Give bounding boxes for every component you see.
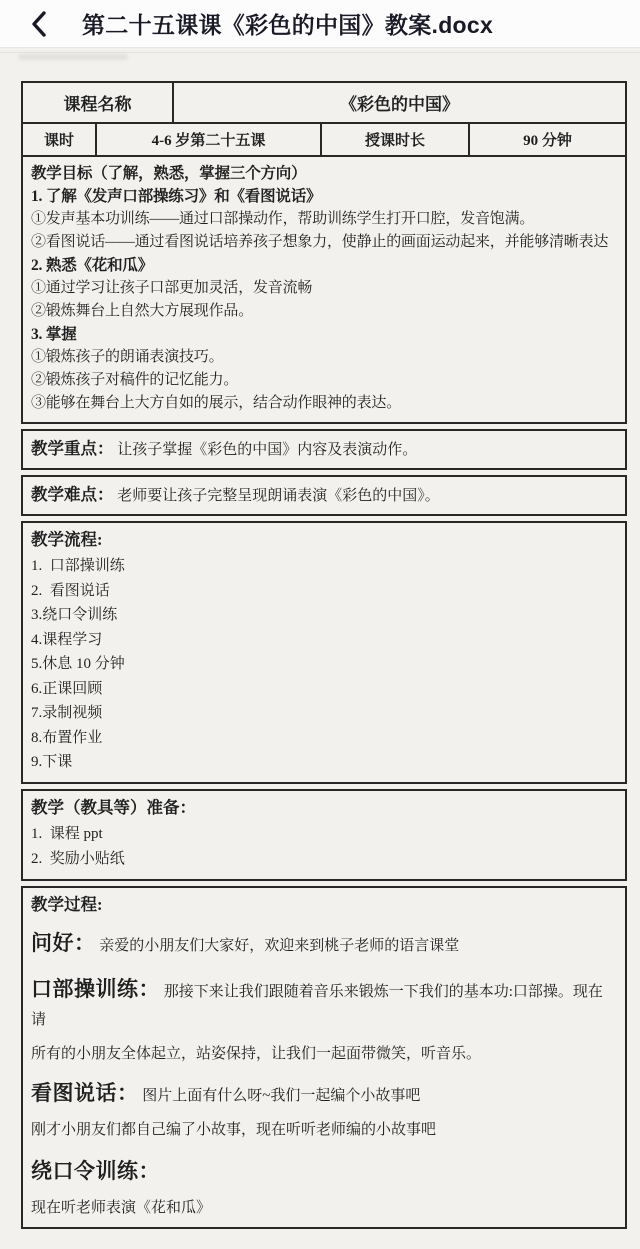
teaching-process-section: 教学过程: 问好： 亲爱的小朋友们大家好，欢迎来到桃子老师的语言课堂 口部操训练…: [21, 886, 627, 1229]
difficulties-section: 教学难点： 老师要让孩子完整呈现朗诵表演《彩色的中国》。: [21, 475, 627, 516]
course-name-row: 课程名称 《彩色的中国》: [21, 81, 627, 124]
picture-talk-label: 看图说话：: [31, 1081, 139, 1105]
flow-item: 9.下课: [31, 750, 617, 775]
flow-item: 5.休息 10 分钟: [31, 652, 617, 677]
duration-label: 授课时长: [322, 124, 470, 155]
session-label: 课时: [23, 124, 97, 155]
flow-item: 4.课程学习: [31, 628, 617, 653]
teaching-flow-title: 教学流程:: [31, 528, 617, 551]
difficulties-text: 老师要让孩子完整呈现朗诵表演《彩色的中国》。: [117, 488, 440, 504]
scan-artifact: [18, 54, 128, 60]
greeting-label: 问好：: [31, 931, 96, 955]
preparation-list: 1. 课程 ppt 2. 奖励小贴纸: [31, 822, 617, 872]
objective-line: 1. 了解《发声口部操练习》和《看图说话》: [31, 185, 617, 208]
key-points-label: 教学重点：: [31, 439, 114, 458]
flow-item: 6.正课回顾: [31, 677, 617, 702]
teaching-process-title: 教学过程:: [31, 893, 617, 916]
preparation-section: 教学（教具等）准备： 1. 课程 ppt 2. 奖励小贴纸: [21, 789, 627, 881]
greeting-block: 问好： 亲爱的小朋友们大家好，欢迎来到桃子老师的语言课堂: [31, 929, 617, 960]
flow-item: 7.录制视频: [31, 701, 617, 726]
flow-item: 3.绕口令训练: [31, 603, 617, 628]
teaching-flow-list: 1. 口部操训练 2. 看图说话 3.绕口令训练 4.课程学习 5.休息 10 …: [31, 554, 617, 775]
greeting-text: 亲爱的小朋友们大家好，欢迎来到桃子老师的语言课堂: [99, 938, 459, 954]
duration-value: 90 分钟: [470, 124, 625, 155]
preparation-title: 教学（教具等）准备：: [31, 796, 617, 819]
key-points-section: 教学重点： 让孩子掌握《彩色的中国》内容及表演动作。: [21, 429, 627, 470]
tongue-twister-text: 现在听老师表演《花和瓜》: [31, 1197, 617, 1220]
flow-item: 2. 看图说话: [31, 579, 617, 604]
preparation-item: 1. 课程 ppt: [31, 822, 617, 847]
document-title: 第二十五课课《彩色的中国》教案.docx: [82, 7, 493, 40]
tongue-twister-block: 绕口令训练： 现在听老师表演《花和瓜》: [31, 1157, 617, 1220]
app-header: 第二十五课课《彩色的中国》教案.docx: [0, 0, 640, 48]
objective-line: ①发声基本功训练——通过口部操动作，帮助训练学生打开口腔，发音饱满。: [31, 208, 617, 231]
mouth-drill-block: 口部操训练： 那接下来让我们跟随着音乐来锻炼一下我们的基本功:口部操。现在请 所…: [31, 975, 617, 1066]
preparation-item: 2. 奖励小贴纸: [31, 847, 617, 872]
picture-talk-text2: 刚才小朋友们都自己编了小故事，现在听听老师编的小故事吧: [31, 1119, 617, 1142]
objective-line: ③能够在舞台上大方自如的展示，结合动作眼神的表达。: [31, 392, 617, 415]
tongue-twister-label: 绕口令训练：: [31, 1159, 160, 1183]
objectives-title: 教学目标（了解，熟悉，掌握三个方向）: [31, 162, 617, 185]
document-viewer-app: 第二十五课课《彩色的中国》教案.docx 课程名称 《彩色的中国》 课时 4-6…: [0, 0, 640, 1249]
objective-line: ②锻炼舞台上自然大方展现作品。: [31, 300, 617, 323]
flow-item: 8.布置作业: [31, 726, 617, 751]
mouth-drill-text2: 所有的小朋友全体起立，站姿保持，让我们一起面带微笑，听音乐。: [31, 1043, 617, 1066]
objectives-section: 教学目标（了解，熟悉，掌握三个方向） 1. 了解《发声口部操练习》和《看图说话》…: [21, 155, 627, 424]
picture-talk-text: 图片上面有什么呀~我们一起编个小故事吧: [142, 1088, 420, 1104]
objective-line: ①锻炼孩子的朗诵表演技巧。: [31, 346, 617, 369]
document-page: 课程名称 《彩色的中国》 课时 4-6 岁第二十五课 授课时长 90 分钟 教学…: [0, 48, 640, 1249]
objective-line: ①通过学习让孩子口部更加灵活，发音流畅: [31, 277, 617, 300]
mouth-drill-label: 口部操训练：: [31, 977, 160, 1001]
objective-line: ②锻炼孩子对稿件的记忆能力。: [31, 369, 617, 392]
key-points-text: 让孩子掌握《彩色的中国》内容及表演动作。: [117, 442, 417, 458]
back-button[interactable]: [30, 7, 60, 41]
teaching-flow-section: 教学流程: 1. 口部操训练 2. 看图说话 3.绕口令训练 4.课程学习 5.…: [21, 521, 627, 784]
chevron-left-icon: [30, 10, 47, 38]
session-row: 课时 4-6 岁第二十五课 授课时长 90 分钟: [21, 122, 627, 157]
flow-item: 1. 口部操训练: [31, 554, 617, 579]
course-name-label: 课程名称: [23, 83, 174, 122]
session-value: 4-6 岁第二十五课: [97, 124, 322, 155]
picture-talk-block: 看图说话： 图片上面有什么呀~我们一起编个小故事吧 刚才小朋友们都自己编了小故事…: [31, 1079, 617, 1142]
lesson-plan-table: 课程名称 《彩色的中国》 课时 4-6 岁第二十五课 授课时长 90 分钟 教学…: [21, 81, 627, 1229]
objective-line: ②看图说话——通过看图说话培养孩子想象力，使静止的画面运动起来，并能够清晰表达: [31, 231, 617, 254]
objective-line: 3. 掌握: [31, 323, 617, 346]
difficulties-label: 教学难点：: [31, 485, 114, 504]
objective-line: 2. 熟悉《花和瓜》: [31, 254, 617, 277]
course-name-value: 《彩色的中国》: [174, 83, 625, 122]
